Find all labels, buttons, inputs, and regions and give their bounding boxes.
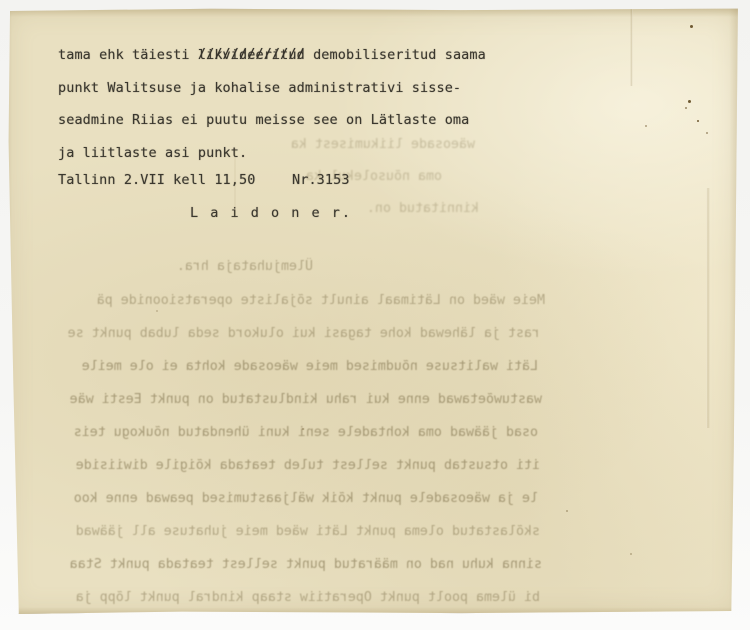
paper-crease	[630, 8, 633, 86]
foxing-spot	[688, 100, 691, 103]
ghost-line: bi ülema poolt punkt Operatiiw staap kin…	[54, 589, 540, 606]
typed-line-3: seadmine Riias ei puutu meisse see on Lä…	[58, 111, 469, 129]
typed-line-5: Tallinn 2.VII kell 11,50Nr.3153	[58, 171, 255, 189]
typed-line-1: tama ehk täiesti likvideeritud//////////…	[58, 46, 486, 64]
signature: L a i d o n e r.	[190, 204, 352, 222]
line1-after: demobiliseritud saama	[305, 47, 486, 63]
line1-before: tama ehk täiesti	[58, 47, 198, 63]
paper-crease	[706, 188, 710, 428]
ghost-fragment: oma nõusolekul ka	[302, 168, 442, 185]
ghost-line: wastuwõetawad enne kui rahu kindlustatud…	[62, 391, 542, 408]
foxing-spot	[645, 125, 647, 127]
ghost-line: iti otsustab punkt sellest tuleb teatada…	[58, 457, 540, 474]
foxing-spot	[156, 310, 158, 312]
ghost-fragment: wäeosade liikumisest ka	[270, 136, 475, 153]
foxing-spot	[706, 132, 708, 134]
typed-line-2: punkt Walitsuse ja kohalise administrati…	[58, 79, 461, 97]
ghost-line: le ja wäeosadele punkt kõik wäljaastumis…	[62, 490, 538, 507]
dateline: Tallinn 2.VII kell 11,50	[58, 172, 255, 188]
paper-sheet: tama ehk täiesti likvideeritud//////////…	[6, 8, 739, 614]
ghost-line: skõlastatud olema punkt Läti wäed meie j…	[56, 523, 540, 540]
foxing-spot	[697, 120, 699, 122]
strikeout-slashes: /////////////	[198, 45, 305, 63]
foxing-spot	[566, 510, 568, 512]
ghost-line: Läti walitsuse nõudmised meie wäeosade k…	[64, 358, 538, 375]
ghost-line: Meie wäed on Lätimaal ainult sõjaliste o…	[77, 292, 545, 309]
foxing-spot	[685, 107, 687, 109]
foxing-spot	[630, 553, 632, 555]
ghost-fragment: kinnitatud on.	[354, 200, 479, 217]
ghost-line: Ülemjuhataja hra.	[173, 258, 313, 275]
typed-line-4: ja liitlaste asi punkt.	[58, 144, 247, 162]
ghost-line: sinna kuhu nad on määratud punkt sellest…	[50, 556, 542, 573]
struck-word: likvideeritud/////////////	[198, 46, 305, 64]
foxing-spot	[690, 25, 693, 28]
scanner-background: tama ehk täiesti likvideeritud//////////…	[0, 0, 750, 630]
ghost-line: rast ja lähewad kohe tagasi kui olukord …	[60, 325, 540, 342]
ghost-line: osad jääwad oma kohtadele seni kuni ühen…	[66, 424, 538, 441]
